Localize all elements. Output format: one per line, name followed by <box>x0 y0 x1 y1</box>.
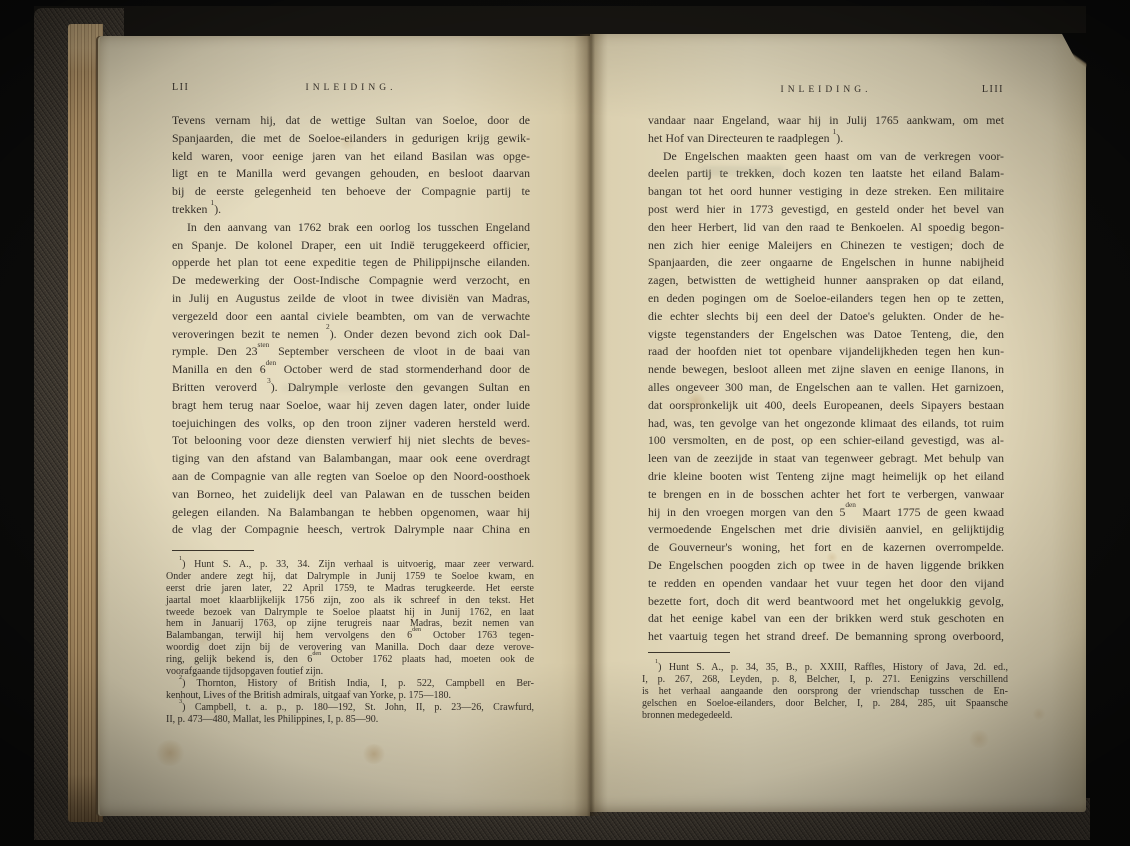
fore-edge-page-stack <box>68 24 103 822</box>
page-left: LII INLEIDING. Tevens vernam hij, dat de… <box>100 36 590 816</box>
book-photo-scene: LII INLEIDING. Tevens vernam hij, dat de… <box>0 0 1130 846</box>
footnote-rule <box>648 652 730 653</box>
text-line: De Engelschen poogden zich op twee in de… <box>648 557 1004 575</box>
text-line: opperde het plan tot eene expeditie tege… <box>172 254 530 272</box>
text-line: hij in den vroegen morgen van den 5den M… <box>648 504 1004 522</box>
page-header: LII INLEIDING. <box>172 82 530 93</box>
text-line: den heer Herbert, lid van den raad te Be… <box>648 219 1004 237</box>
text-line: post werd hier in 1773 gevestigd, en ges… <box>648 201 1004 219</box>
body-text: Tevens vernam hij, dat de wettige Sultan… <box>172 112 530 539</box>
text-line: vermoedende Engelschen met drie divisiën… <box>648 521 1004 539</box>
text-line: ligt en te Manilla werd gevangen gehoude… <box>172 165 530 183</box>
page-header: INLEIDING. LIII <box>648 84 1004 95</box>
text-line: te brengen en in de bosschen achter het … <box>648 486 1004 504</box>
text-line: jaartal moet klaarblijkelijk 1756 zijn, … <box>166 595 534 607</box>
text-line: in Julij en Augustus zeilde de vloot in … <box>172 290 530 308</box>
text-line: Tevens vernam hij, dat de wettige Sultan… <box>172 112 530 130</box>
text-line: te redden en openden vandaar het vuur te… <box>648 575 1004 593</box>
text-line: het vaartuig tegen het strand dreef. De … <box>648 628 1004 646</box>
text-line: tweede bezoek van Dalrymple te Soeloe pl… <box>166 607 534 619</box>
text-line: 3) Campbell, t. a. p., p. 180—192, St. J… <box>166 702 534 714</box>
text-line: is het verhaal aangaande den oorsprong d… <box>642 686 1008 698</box>
text-line: hem in Januarij 1763, op zijne terugreis… <box>166 618 534 630</box>
text-line: vergezeld door een aantal civiele beambt… <box>172 308 530 326</box>
running-title: INLEIDING. <box>306 83 397 93</box>
text-line: die echter slechts bij een deel der Dato… <box>648 308 1004 326</box>
body-text: vandaar naar Engeland, waar hij in Julij… <box>648 112 1004 646</box>
text-line: keld waren, voor eenige jaren van het ei… <box>172 148 530 166</box>
text-line: leen van de zeezijde in staat van tegenw… <box>648 450 1004 468</box>
text-line: had, was, ten gevolge van het ongezonde … <box>648 415 1004 433</box>
text-line: de Gouverneur's woning, het fort en de k… <box>648 539 1004 557</box>
text-line: bronnen medegedeeld. <box>642 710 1008 722</box>
text-line: toejuichingen des volks, op den troon zi… <box>172 415 530 433</box>
page-number: LIII <box>871 84 1004 95</box>
text-line: van Borneo, het zuidelijk deel van Palaw… <box>172 486 530 504</box>
text-line: nen zich hier eenige Maleijers en Chinez… <box>648 237 1004 255</box>
text-line: nende bewegen, besloot alleen met zijne … <box>648 361 1004 379</box>
text-line: bragt hem terug naar Soeloe, waar hij ze… <box>172 397 530 415</box>
text-line: het Hof van Directeuren te raadplegen 1)… <box>648 130 1004 148</box>
text-line: tiging van den afstand van Balambangan, … <box>172 450 530 468</box>
text-line: De medewerking der Oost-Indische Compagn… <box>172 272 530 290</box>
text-line: II, p. 473—480, Mallat, les Philippines,… <box>166 714 534 726</box>
text-line: 1) Hunt S. A., p. 33, 34. Zijn verhaal i… <box>166 559 534 571</box>
text-line: vigste tegenstanders der Engelschen was … <box>648 326 1004 344</box>
footnote-rule <box>172 550 254 551</box>
text-line: Spanjaarden, die zeer ongaarne de Engels… <box>648 254 1004 272</box>
text-line: drie kleine booten wist Tenteng zijne ma… <box>648 468 1004 486</box>
text-line: zagen, betwistten de wettigheid hunner a… <box>648 272 1004 290</box>
text-line: alles ongeveer 300 man, de Engelschen aa… <box>648 379 1004 397</box>
text-line: kenhout, Lives of the British admirals, … <box>166 690 534 702</box>
text-line: Britten veroverd 3). Dalrymple verloste … <box>172 379 530 397</box>
text-line: woordig doet zijn bij de verovering van … <box>166 642 534 654</box>
text-line: 2) Thornton, History of British India, I… <box>166 678 534 690</box>
running-title: INLEIDING. <box>781 85 872 95</box>
text-line: bij de eerste gelegenheid ten behoeve de… <box>172 183 530 201</box>
text-line: aan de Compagnie van alle regten van Soe… <box>172 468 530 486</box>
background-wall-strip <box>0 0 37 846</box>
text-line: en deden pogingen om de Soeloe-eilanders… <box>648 290 1004 308</box>
text-line: en Spanje. De kolonel Draper, een uit In… <box>172 237 530 255</box>
text-line: Manilla en den 6den October werd de stad… <box>172 361 530 379</box>
text-line: ring, gelijk bekend is, den 6den October… <box>166 654 534 666</box>
text-line: dat het eenige kabel van een der brikken… <box>648 610 1004 628</box>
text-line: voorafgaande tijdsopgaven foutief zijn. <box>166 666 534 678</box>
text-line: eerst drie jaren later, 22 April 1759, t… <box>166 583 534 595</box>
text-line: gelschen en Soeloe-eilanders, door Belch… <box>642 698 1008 710</box>
text-line: Tot belooning voor deze diensten verwier… <box>172 432 530 450</box>
page-right: INLEIDING. LIII vandaar naar Engeland, w… <box>590 34 1086 812</box>
text-line: gelegen eilanden. Na Balambangan te hebb… <box>172 504 530 522</box>
text-line: Balambangan, terwijl hij hem vervolgens … <box>166 630 534 642</box>
text-line: rymple. Den 23sten September verscheen d… <box>172 343 530 361</box>
text-line: deelen partij te trekken, doch kozen ten… <box>648 165 1004 183</box>
footnotes: 1) Hunt S. A., p. 33, 34. Zijn verhaal i… <box>166 559 534 725</box>
folded-corner <box>1061 33 1087 81</box>
text-line: trekken 1). <box>172 201 530 219</box>
text-line: vandaar naar Engeland, waar hij in Julij… <box>648 112 1004 130</box>
text-line: veroveringen bezit te nemen 2). Onder de… <box>172 326 530 344</box>
text-line: bezette fort, doch dit werd beantwoord m… <box>648 593 1004 611</box>
text-line: bangan tot het oord hunner vestiging in … <box>648 183 1004 201</box>
text-line: In den aanvang van 1762 brak een oorlog … <box>172 219 530 237</box>
page-number: LII <box>172 82 306 93</box>
text-line: Spanjaarden, die met de Soeloe-eilanders… <box>172 130 530 148</box>
footnotes: 1) Hunt S. A., p. 34, 35, B., p. XXIII, … <box>642 662 1008 721</box>
text-line: I, p. 267, 268, Leyden, p. 8, Belcher, I… <box>642 674 1008 686</box>
text-line: dat oorspronkelijk uit 400, deels Europe… <box>648 397 1004 415</box>
text-line: 1) Hunt S. A., p. 34, 35, B., p. XXIII, … <box>642 662 1008 674</box>
text-line: de vlag der Compagnie heesch, vertrok Da… <box>172 521 530 539</box>
text-line: 100 versmolten, en de post, op een schie… <box>648 432 1004 450</box>
text-line: De Engelschen maakten geen haast om van … <box>648 148 1004 166</box>
text-line: Onder andere zegt hij, dat Dalrymple in … <box>166 571 534 583</box>
text-line: raad der hoofden niet tot openbare vijan… <box>648 343 1004 361</box>
